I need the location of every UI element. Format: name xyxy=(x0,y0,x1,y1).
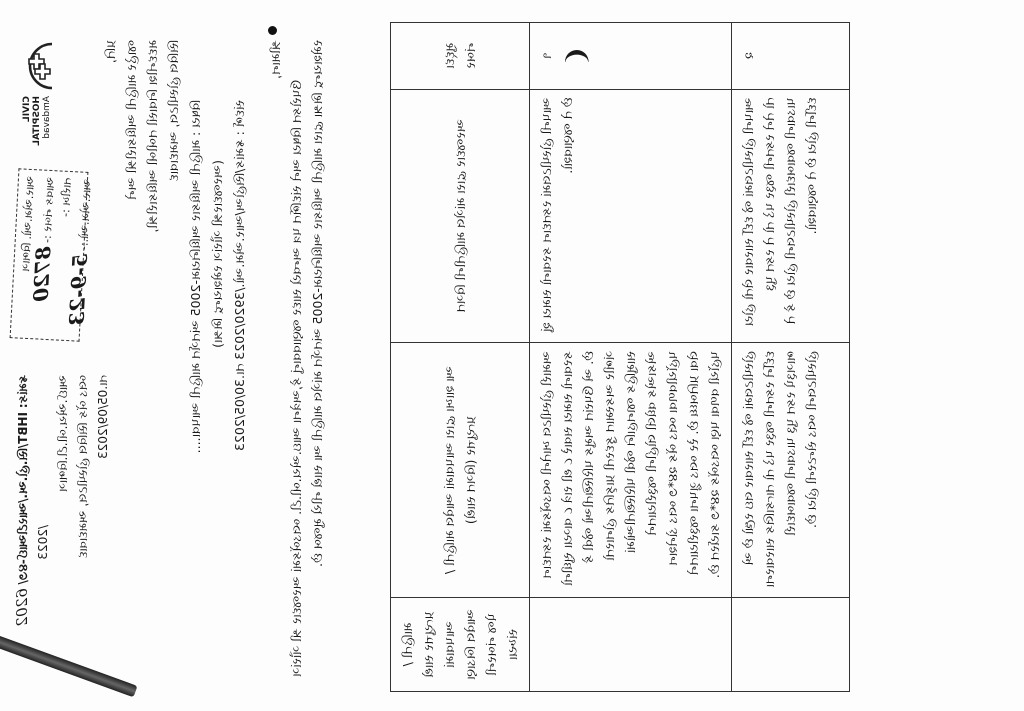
logo-name: CIVIL HOSPITAL xyxy=(22,96,42,150)
ref-date: તા.05/09/2023 xyxy=(93,375,113,626)
row-response: અમારી હોસ્પીટલ ખાતેની બ્લડબેંકમાં રક્તદા… xyxy=(530,343,732,598)
stamp-rmo-label: આર.એમ.ઓ.:- xyxy=(77,179,94,251)
ref-year: /2023 xyxy=(33,375,53,626)
table-row: ૨ આપની હોસ્પીટલમાં જે દર્દી સારવાર લેતો … xyxy=(732,23,850,692)
header-point-number: મુદ્દા નંબર xyxy=(391,23,530,90)
recipient-line1: જાહેર માહિતી અધિકારીશ્રી અને xyxy=(121,40,142,233)
recipient-line2: મદદનીશ નિવાસી તબીબી અધિકારીશ્રી, xyxy=(142,40,163,233)
body-paragraph: ઉપરોક્ત વિષય અને સંદર્ભિત પત્ર અન્વયે સા… xyxy=(286,40,328,680)
header-requested-info: અરજદાર દ્વારા માંગેલ માહિતીની વિગત xyxy=(391,89,530,343)
salutation: શ્રીમાન, xyxy=(265,40,286,680)
stamp-inward-number: 8720 xyxy=(29,246,56,303)
ref-handwritten-number: 6202 xyxy=(13,588,31,626)
row-pages xyxy=(530,598,732,692)
row-number: ૧ ❨ xyxy=(530,23,732,90)
ref-office: બ્લડ બેંક સિવિલ હોસ્પીટલ, અમદાવાદ xyxy=(73,375,93,626)
ref-number-label: ક્રમાંક: xyxy=(16,375,30,408)
row-request: આપની હોસ્પીટલમાં જે દર્દી સારવાર લેતો હો… xyxy=(732,89,850,343)
subject-applicant: (અરજદારશ્રી ગૌરાંગ રમેશચન્દ્ર મિશ્રા) xyxy=(207,100,229,453)
subject-label: વિષય : xyxy=(188,100,203,136)
row-pages xyxy=(732,598,850,692)
row-request: આપની હોસ્પીટલમાં રક્તદાન કરવાનો સમય શું … xyxy=(530,89,732,343)
table-header-row: મુદ્દા નંબર અરજદાર દ્વારા માંગેલ માહિતીન… xyxy=(391,23,530,692)
civil-hospital-logo: CIVIL HOSPITAL Amdavad xyxy=(20,40,80,150)
ref-department: આઈ.એચ.બી.ટી.વિભાગ xyxy=(53,375,73,626)
table-row: ૧ ❨ આપની હોસ્પીટલમાં રક્તદાન કરવાનો સમય … xyxy=(530,23,732,692)
tick-mark-icon: ❨ xyxy=(567,31,588,81)
subject-text: માહિતી અધિકાર અધિનિયમ-2005 અંતર્ગત માહિત… xyxy=(188,140,203,453)
reference-text: ક્રમાંક/સિહોઅ/આર.એમ.ઓ./3920/2023 તા.30/0… xyxy=(232,139,247,451)
pen-shadow xyxy=(0,635,138,698)
punch-hole-mark xyxy=(268,26,277,35)
hospital-cross-icon xyxy=(20,40,54,92)
logo-city: Amdavad xyxy=(42,96,52,150)
inward-stamp: આર.એમ.ઓ. વિભાગ આવક નંબર :- 8720 તારીખ :-… xyxy=(10,168,89,341)
rti-response-table: મુદ્દા નંબર અરજદાર દ્વારા માંગેલ માહિતીન… xyxy=(390,22,850,692)
ref-number: IHBT/સિ.હો.અ./આરટીઆઈ-૪૭/ xyxy=(16,412,30,584)
stamp-inward-label: આવક નંબર :- xyxy=(41,177,57,244)
letter-body: શ્રીમાન, ઉપરોક્ત વિષય અને સંદર્ભિત પત્ર … xyxy=(265,40,328,680)
header-attachment-pages: માહિતી / પ્રત્યુત્તર સાથે આપવામાં આવેલ બ… xyxy=(391,598,530,692)
reference-label: સંદર્ભ : xyxy=(232,100,247,135)
row-response: હોસ્પીટલમાં જે દર્દી સારવાર લઇ રહ્યો છે … xyxy=(732,343,850,598)
subject-block: વિષય : માહિતી અધિકાર અધિનિયમ-2005 અંતર્ગ… xyxy=(185,100,251,453)
recipient-block: પ્રતિ, જાહેર માહિતી અધિકારીશ્રી અને મદદન… xyxy=(100,40,184,233)
header-response: આ શાખા દ્વારા આપવામાં આવેલ માહિતી / પ્રત… xyxy=(391,343,530,598)
scanned-letter-page: CIVIL HOSPITAL Amdavad આર.એમ.ઓ. વિભાગ આવ… xyxy=(0,0,1024,711)
recipient-prati: પ્રતિ, xyxy=(100,40,121,233)
row-number: ૨ xyxy=(732,23,850,90)
stamp-rmo-date: 5-9-23 xyxy=(64,253,92,326)
recipient-line3: સિવિલ હોસ્પીટલ, અમદાવાદ xyxy=(163,40,184,233)
reference-block: ક્રમાંક: IHBT/સિ.હો.અ./આરટીઆઈ-૪૭/ 6202 /… xyxy=(12,375,113,626)
